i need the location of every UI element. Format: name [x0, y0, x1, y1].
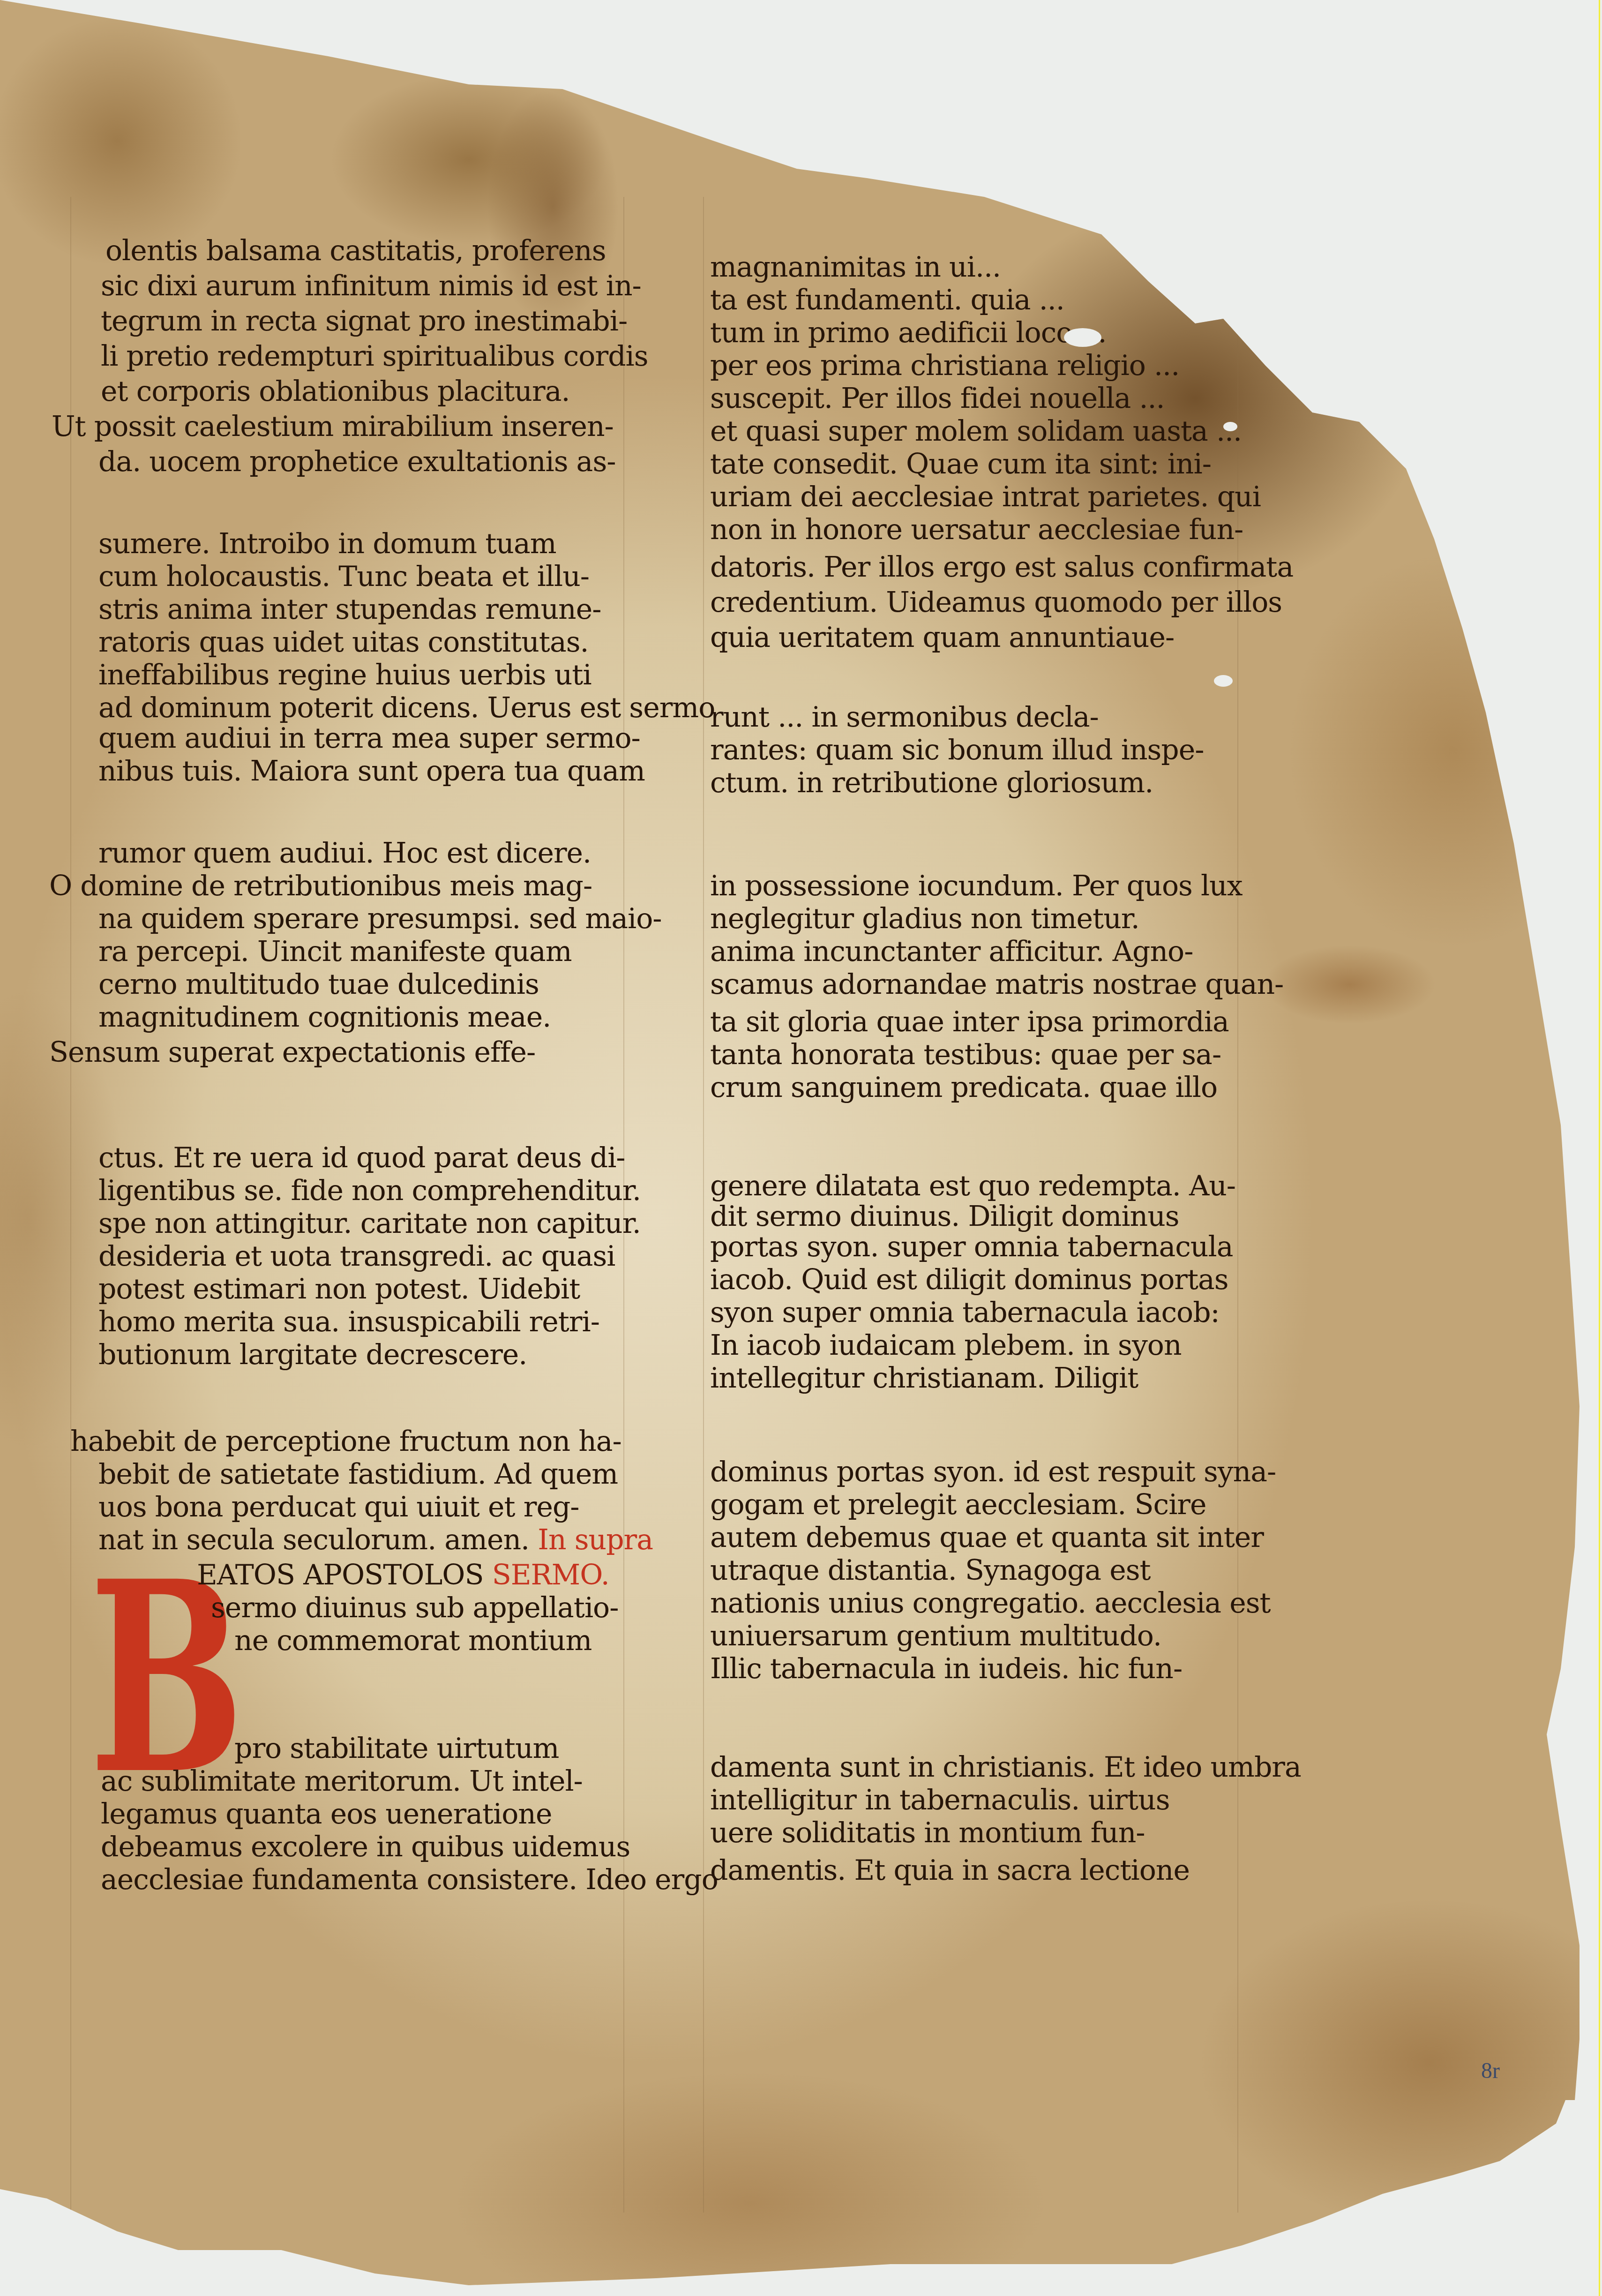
text-line: scamus adornandae matris nostrae quan- [710, 970, 1283, 998]
text-line: autem debemus quae et quanta sit inter [710, 1523, 1264, 1552]
text-line: portas syon. super omnia tabernacula [710, 1233, 1233, 1261]
text-line: stris anima inter stupendas remune- [98, 595, 601, 623]
text-line: ineffabilibus regine huius uerbis uti [98, 661, 591, 689]
heading-rubric-sermo: SERMO. [492, 1559, 609, 1591]
text-line: sic dixi aurum infinitum nimis id est in… [101, 272, 641, 300]
text-line: dit sermo diuinus. Diligit dominus [710, 1202, 1179, 1231]
text-line: quem audiui in terra mea super sermo- [98, 724, 640, 752]
text-line: In iacob iudaicam plebem. in syon [710, 1331, 1182, 1359]
text-line: crum sanguinem predicata. quae illo [710, 1073, 1217, 1102]
text-line: dominus portas syon. id est respuit syna… [710, 1458, 1276, 1486]
text-line: magnitudinem cognitionis meae. [98, 1003, 551, 1031]
parchment-hole [1214, 675, 1233, 687]
text-line: ra percepi. Uincit manifeste quam [98, 938, 572, 966]
text-line: sermo diuinus sub appellatio- [211, 1594, 619, 1622]
text-line: per eos prima christiana religio ... [710, 352, 1179, 380]
text-line: ratoris quas uidet uitas constitutas. [98, 628, 589, 656]
text-line: utraque distantia. Synagoga est [710, 1556, 1151, 1584]
text-line: non in honore uersatur aecclesiae fun- [710, 516, 1243, 544]
text-line: uriam dei aecclesiae intrat parietes. qu… [710, 483, 1261, 511]
text-line: et quasi super molem solidam uasta ... [710, 417, 1242, 445]
text-line: uos bona perducat qui uiuit et reg- [98, 1493, 579, 1521]
text-line: pro stabilitate uirtutum [234, 1734, 559, 1763]
text-line: ctus. Et re uera id quod parat deus di- [98, 1144, 625, 1172]
right-column-left-rule [703, 197, 704, 2213]
text-line: neglegitur gladius non timetur. [710, 905, 1139, 933]
text-line: iacob. Quid est diligit dominus portas [710, 1266, 1228, 1294]
parchment-hole [1223, 422, 1237, 431]
text-line: credentium. Uideamus quomodo per illos [710, 588, 1282, 616]
text-line: intellegitur christianam. Diligit [710, 1364, 1138, 1392]
text-line: damentis. Et quia in sacra lectione [710, 1856, 1190, 1884]
scan-edge-line [1599, 0, 1600, 2296]
left-margin-rule [70, 197, 71, 2213]
text-line: cum holocaustis. Tunc beata et illu- [98, 563, 589, 591]
text-line: nationis unius congregatio. aecclesia es… [710, 1589, 1271, 1617]
manuscript-leaf: olentis balsama castitatis, proferens si… [0, 0, 1602, 2296]
text-line: uniuersarum gentium multitudo. [710, 1622, 1161, 1650]
rubric-in-supra: In supra [538, 1523, 653, 1556]
text-line: in possessione iocundum. Per quos lux [710, 872, 1243, 900]
text-line: ne commemorat montium [234, 1627, 591, 1655]
parchment-hole [1064, 328, 1101, 347]
text-line: na quidem sperare presumpsi. sed maio- [98, 905, 662, 933]
text-line: suscepit. Per illos fidei nouella ... [710, 384, 1165, 413]
text-line: potest estimari non potest. Uidebit [98, 1275, 580, 1303]
text-line: ligentibus se. fide non comprehenditur. [98, 1177, 641, 1205]
text-line: tate consedit. Quae cum ita sint: ini- [710, 450, 1211, 478]
text-line: et corporis oblationibus placitura. [101, 377, 569, 405]
red-initial-b: B [89, 1556, 168, 1800]
text-line: ad dominum poterit dicens. Uerus est ser… [98, 694, 715, 722]
text-line: olentis balsama castitatis, proferens [105, 237, 606, 265]
text-line: habebit de perceptione fructum non ha- [70, 1427, 621, 1456]
text-line: ta sit gloria quae inter ipsa primordia [710, 1008, 1229, 1036]
text-line: nibus tuis. Maiora sunt opera tua quam [98, 757, 645, 785]
text-line: intelligitur in tabernaculis. uirtus [710, 1786, 1170, 1814]
text-line: tegrum in recta signat pro inestimabi- [101, 307, 627, 335]
text-line: li pretio redempturi spiritualibus cordi… [101, 342, 648, 370]
text-line: syon super omnia tabernacula iacob: [710, 1298, 1220, 1327]
text-line: aecclesiae fundamenta consistere. Ideo e… [101, 1866, 718, 1894]
text-line: uere soliditatis in montium fun- [710, 1819, 1145, 1847]
text-line: ta est fundamenti. quia ... [710, 286, 1064, 314]
text-line: sumere. Introibo in domum tuam [98, 530, 556, 558]
heading-black: EATOS APOSTOLOS [197, 1559, 484, 1591]
text-line: genere dilatata est quo redempta. Au- [710, 1172, 1235, 1200]
text-line: rumor quem audiui. Hoc est dicere. [98, 839, 591, 867]
text-line: O domine de retributionibus meis mag- [49, 872, 592, 900]
text-line: quia ueritatem quam annuntiaue- [710, 623, 1174, 652]
text-line: Ut possit caelestium mirabilium inseren- [52, 413, 614, 441]
text-line: Illic tabernacula in iudeis. hic fun- [710, 1655, 1182, 1683]
text-line: anima incunctanter afficitur. Agno- [710, 938, 1193, 966]
text-line: tanta honorata testibus: quae per sa- [710, 1041, 1221, 1069]
text-line: homo merita sua. insuspicabili retri- [98, 1308, 599, 1336]
text-line: ac sublimitate meritorum. Ut intel- [101, 1767, 583, 1795]
text-line: datoris. Per illos ergo est salus confir… [710, 553, 1293, 581]
text-line: rantes: quam sic bonum illud inspe- [710, 736, 1204, 764]
folio-number: 8r [1481, 2058, 1500, 2084]
text-line: runt ... in sermonibus decla- [710, 703, 1099, 731]
text-line: da. uocem prophetice exultationis as- [98, 448, 615, 476]
text-line: bebit de satietate fastidium. Ad quem [98, 1460, 618, 1488]
text-line: damenta sunt in christianis. Et ideo umb… [710, 1753, 1301, 1781]
text-line: gogam et prelegit aecclesiam. Scire [710, 1491, 1206, 1519]
text-line: tum in primo aedificii loco ... [710, 319, 1107, 347]
text-line: spe non attingitur. caritate non capitur… [98, 1209, 641, 1238]
text-line: Sensum superat expectationis effe- [49, 1038, 535, 1066]
text-line: desideria et uota transgredi. ac quasi [98, 1242, 615, 1270]
heading-line: EATOS APOSTOLOS SERMO. [197, 1561, 609, 1589]
text-line: butionum largitate decrescere. [98, 1341, 527, 1369]
text-line: debeamus excolere in quibus uidemus [101, 1833, 630, 1861]
text-line: ctum. in retributione gloriosum. [710, 769, 1153, 797]
text-line: cerno multitudo tuae dulcedinis [98, 970, 539, 998]
text-line: magnanimitas in ui... [710, 253, 1001, 281]
text-line: legamus quanta eos ueneratione [101, 1800, 552, 1828]
